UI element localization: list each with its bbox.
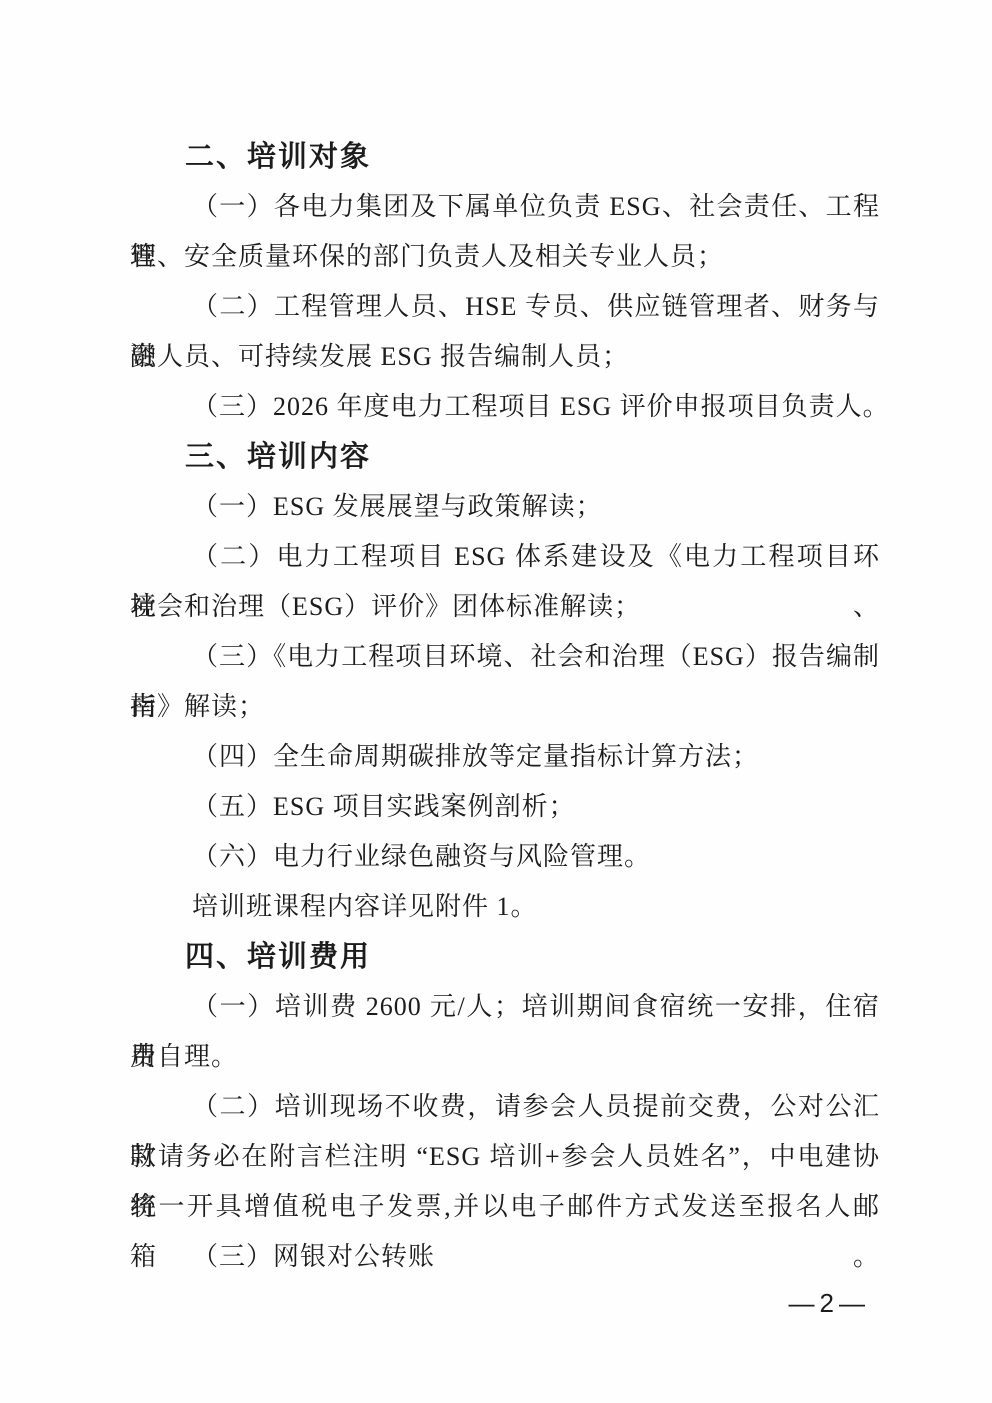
section-heading-training-content: 三、培训内容	[130, 432, 880, 482]
paragraph-line: 理、安全质量环保的部门负责人及相关专业人员；	[130, 232, 880, 282]
document-content: 二、培训对象 （一）各电力集团及下属单位负责 ESG、社会责任、工程管 理、安全…	[130, 132, 880, 1282]
paragraph-line: （五）ESG 项目实践案例剖析；	[130, 782, 880, 832]
paragraph-line: （二）电力工程项目 ESG 体系建设及《电力工程项目环境、	[130, 532, 880, 582]
paragraph-line: （一）培训费 2600 元/人；培训期间食宿统一安排，住宿费	[130, 982, 880, 1032]
paragraph-line: （三）《电力工程项目环境、社会和治理（ESG）报告编制指	[130, 632, 880, 682]
document-page: 二、培训对象 （一）各电力集团及下属单位负责 ESG、社会责任、工程管 理、安全…	[0, 0, 992, 1403]
paragraph-line: （三）2026 年度电力工程项目 ESG 评价申报项目负责人。	[130, 382, 880, 432]
paragraph-line: 用自理。	[130, 1032, 880, 1082]
paragraph-line: （四）全生命周期碳排放等定量指标计算方法；	[130, 732, 880, 782]
paragraph-line: （六）电力行业绿色融资与风险管理。	[130, 832, 880, 882]
paragraph-line: 资人员、可持续发展 ESG 报告编制人员；	[130, 332, 880, 382]
page-number: —2—	[789, 1288, 870, 1318]
section-heading-training-fees: 四、培训费用	[130, 932, 880, 982]
section-heading-training-audience: 二、培训对象	[130, 132, 880, 182]
paragraph-line: 时请务必在附言栏注明 “ESG 培训+参会人员姓名”，中电建协将	[130, 1132, 880, 1182]
paragraph-line: 培训班课程内容详见附件 1。	[130, 882, 880, 932]
paragraph-line: （二）工程管理人员、HSE 专员、供应链管理者、财务与融	[130, 282, 880, 332]
paragraph-line: （一）各电力集团及下属单位负责 ESG、社会责任、工程管	[130, 182, 880, 232]
paragraph-line: （二）培训现场不收费，请参会人员提前交费，公对公汇款	[130, 1082, 880, 1132]
paragraph-line: 南》解读；	[130, 682, 880, 732]
paragraph-line: （一）ESG 发展展望与政策解读；	[130, 482, 880, 532]
paragraph-line: 统一开具增值税电子发票,并以电子邮件方式发送至报名人邮箱。	[130, 1182, 880, 1232]
